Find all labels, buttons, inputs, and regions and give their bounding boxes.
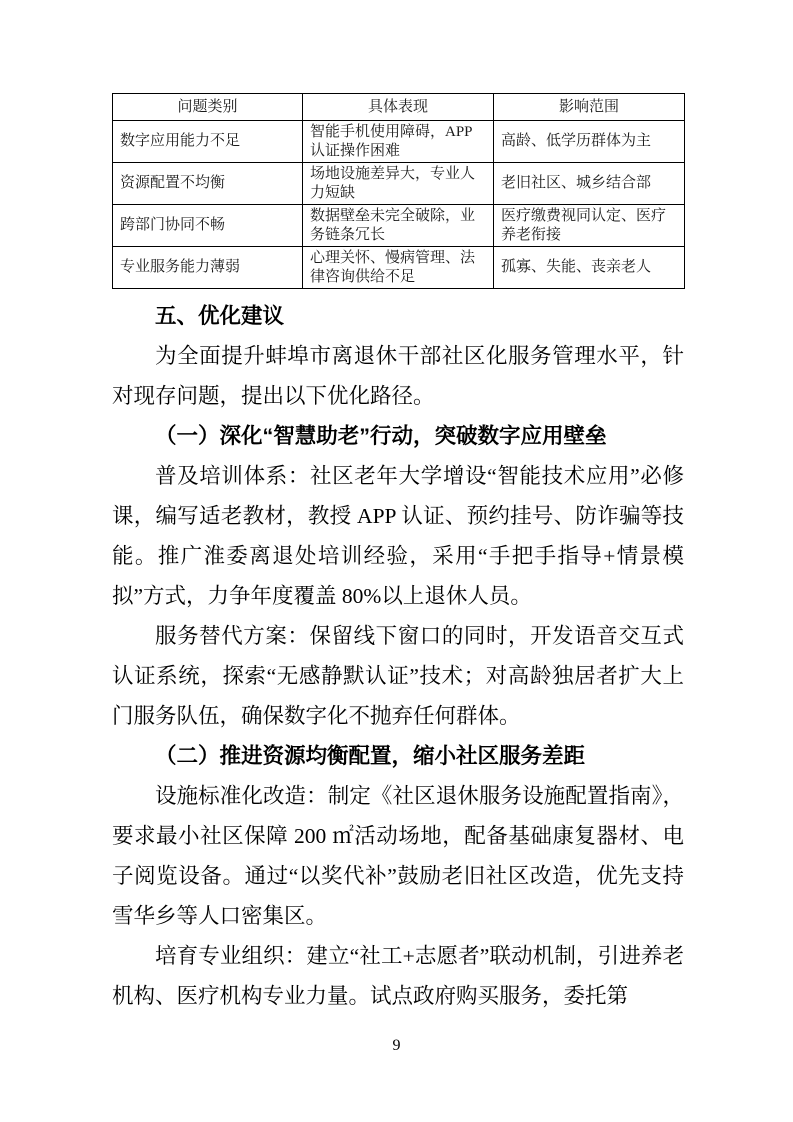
page-number: 9	[0, 1036, 793, 1056]
table-cell: 跨部门协同不畅	[113, 205, 303, 247]
table-cell: 资源配置不均衡	[113, 163, 303, 205]
table-row: 跨部门协同不畅 数据壁垒未完全破除，业务链条冗长 医疗缴费视同认定、医疗养老衔接	[113, 205, 685, 247]
table-row: 专业服务能力薄弱 心理关怀、慢病管理、法律咨询供给不足 孤寡、失能、丧亲老人	[113, 247, 685, 289]
page-content: 问题类别 具体表现 影响范围 数字应用能力不足 智能手机使用障碍，APP 认证操…	[112, 93, 684, 1016]
subsection-heading-resource-balance: （二）推进资源均衡配置，缩小社区服务差距	[112, 736, 684, 776]
problem-table: 问题类别 具体表现 影响范围 数字应用能力不足 智能手机使用障碍，APP 认证操…	[112, 93, 685, 289]
table-cell: 场地设施差异大，专业人力短缺	[303, 163, 494, 205]
table-cell: 心理关怀、慢病管理、法律咨询供给不足	[303, 247, 494, 289]
table-cell: 智能手机使用障碍，APP 认证操作困难	[303, 121, 494, 163]
table-cell: 老旧社区、城乡结合部	[494, 163, 685, 205]
table-cell: 医疗缴费视同认定、医疗养老衔接	[494, 205, 685, 247]
table-header-row: 问题类别 具体表现 影响范围	[113, 94, 685, 121]
paragraph-service-alternative: 服务替代方案：保留线下窗口的同时，开发语音交互式认证系统，探索“无感静默认证”技…	[112, 616, 684, 736]
table-cell: 高龄、低学历群体为主	[494, 121, 685, 163]
table-cell: 专业服务能力薄弱	[113, 247, 303, 289]
table-cell: 孤寡、失能、丧亲老人	[494, 247, 685, 289]
table-header-cell-scope: 影响范围	[494, 94, 685, 121]
document-page: { "page": { "number": "9" }, "table": { …	[0, 0, 793, 1122]
section-heading-optimization: 五、优化建议	[112, 296, 684, 336]
paragraph-intro: 为全面提升蚌埠市离退休干部社区化服务管理水平，针对现存问题，提出以下优化路径。	[112, 336, 684, 416]
table-row: 数字应用能力不足 智能手机使用障碍，APP 认证操作困难 高龄、低学历群体为主	[113, 121, 685, 163]
paragraph-facility-standardization: 设施标准化改造：制定《社区退休服务设施配置指南》，要求最小社区保障 200 ㎡活…	[112, 776, 684, 936]
table-row: 资源配置不均衡 场地设施差异大，专业人力短缺 老旧社区、城乡结合部	[113, 163, 685, 205]
table-header-cell-manifestation: 具体表现	[303, 94, 494, 121]
subsection-heading-smart-aging: （一）深化“智慧助老”行动，突破数字应用壁垒	[112, 416, 684, 456]
paragraph-training-system: 普及培训体系：社区老年大学增设“智能技术应用”必修课，编写适老教材，教授 APP…	[112, 456, 684, 616]
table-cell: 数字应用能力不足	[113, 121, 303, 163]
paragraph-professional-organizations: 培育专业组织：建立“社工+志愿者”联动机制，引进养老机构、医疗机构专业力量。试点…	[112, 936, 684, 1016]
table-header-cell-category: 问题类别	[113, 94, 303, 121]
table-cell: 数据壁垒未完全破除，业务链条冗长	[303, 205, 494, 247]
